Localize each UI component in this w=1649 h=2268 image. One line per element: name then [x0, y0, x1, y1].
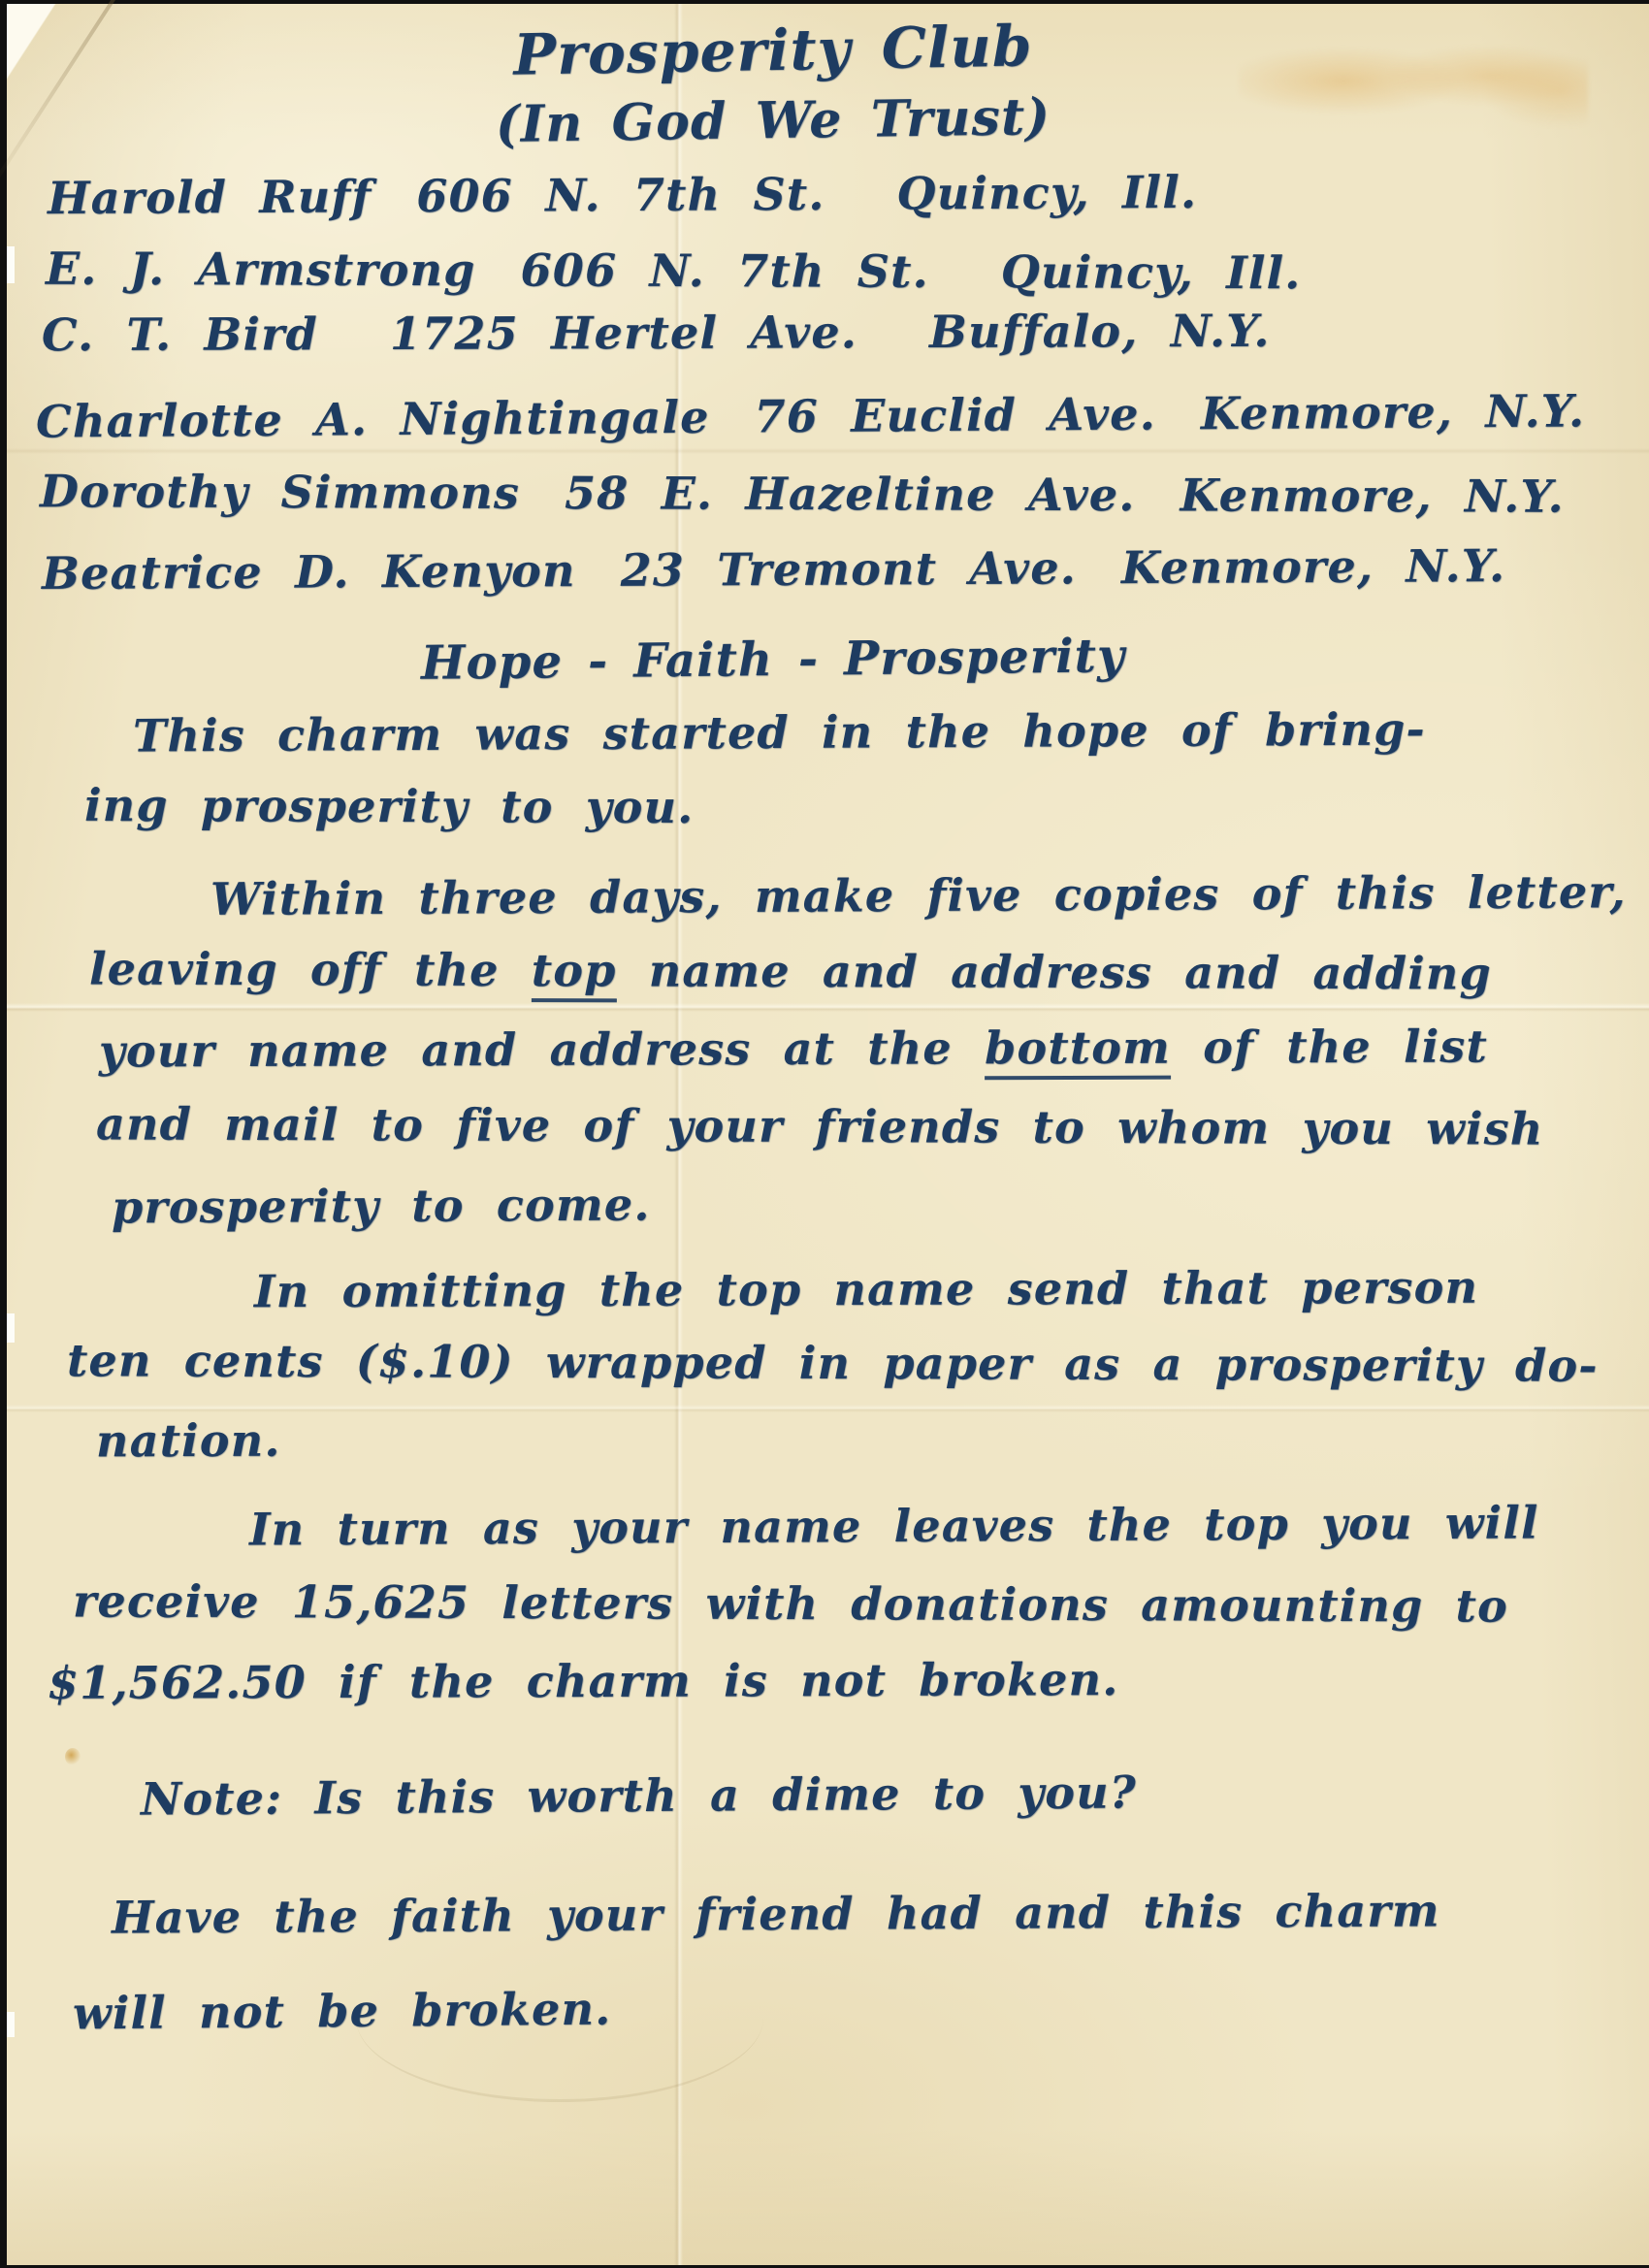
body-line: leaving off the top name and address and… — [89, 942, 1492, 999]
body-text: your name and address at the — [99, 1021, 985, 1077]
member-name: Charlotte A. Nightingale — [36, 391, 710, 448]
member-name: Dorothy Simmons — [40, 465, 520, 519]
member-city: Kenmore, N.Y. — [1180, 469, 1564, 522]
member-city: Kenmore, N.Y. — [1121, 539, 1505, 594]
body-text: of the list — [1171, 1021, 1488, 1074]
member-city: Kenmore, N.Y. — [1201, 384, 1586, 439]
member-name: E. J. Armstrong — [46, 243, 476, 297]
body-line: $1,562.50 if the charm is not broken. — [48, 1653, 1119, 1709]
member-row: C. T. Bird1725 Hertel Ave.Buffalo, N.Y. — [42, 305, 1271, 361]
body-line: and mail to five of your friends to whom… — [96, 1097, 1544, 1154]
stain-dot — [65, 1748, 81, 1766]
body-line: ten cents ($.10) wrapped in paper as a p… — [67, 1334, 1599, 1392]
closing-line: will not be broken. — [73, 1983, 612, 2040]
member-address: 76 Euclid Ave. — [754, 388, 1156, 443]
closing-line: Have the faith your friend had and this … — [112, 1884, 1440, 1943]
member-city: Buffalo, N.Y. — [929, 305, 1271, 358]
member-city: Quincy, Ill. — [896, 166, 1197, 220]
body-line: nation. — [96, 1414, 281, 1468]
body-line: prosperity to come. — [112, 1179, 651, 1234]
note-line: Note: Is this worth a dime to you? — [141, 1766, 1137, 1825]
body-line: In turn as your name leaves the top you … — [249, 1497, 1539, 1556]
member-name: Harold Ruff — [48, 170, 372, 224]
member-row: Beatrice D. Kenyon23 Tremont Ave.Kenmore… — [42, 539, 1505, 599]
scan-edge-nick — [7, 246, 15, 283]
body-line: ing prosperity to you. — [84, 779, 695, 833]
member-address: 606 N. 7th St. — [521, 243, 929, 297]
scanned-letter: Prosperity Club (In God We Trust) Harold… — [0, 0, 1649, 2268]
body-line: receive 15,625 letters with donations am… — [73, 1574, 1508, 1632]
member-address: 58 E. Hazeltine Ave. — [565, 467, 1136, 521]
member-address: 23 Tremont Ave. — [620, 541, 1077, 596]
letter-paper: Prosperity Club (In God We Trust) Harold… — [7, 4, 1649, 2265]
body-line: Within three days, make five copies of t… — [210, 865, 1627, 925]
underlined-word-bottom: bottom — [985, 1021, 1171, 1081]
letter-motto: Hope - Faith - Prosperity — [7, 625, 1539, 696]
member-row: Dorothy Simmons58 E. Hazeltine Ave.Kenmo… — [40, 465, 1565, 522]
member-row: Charlotte A. Nightingale76 Euclid Ave.Ke… — [36, 384, 1585, 447]
underlined-word-top: top — [532, 944, 617, 1002]
member-row: Harold Ruff606 N. 7th St.Quincy, Ill. — [48, 166, 1197, 224]
body-line: In omitting the top name send that perso… — [254, 1261, 1478, 1317]
member-row: E. J. Armstrong606 N. 7th St.Quincy, Ill… — [46, 243, 1302, 300]
body-text: name and address and adding — [616, 944, 1492, 999]
scan-edge-nick — [7, 1313, 15, 1343]
member-address: 606 N. 7th St. — [416, 168, 824, 222]
member-name: Beatrice D. Kenyon — [42, 544, 576, 599]
member-city: Quincy, Ill. — [1001, 245, 1302, 299]
member-address: 1725 Hertel Ave. — [390, 306, 857, 360]
member-name: C. T. Bird — [42, 308, 318, 361]
fold-crease-horizontal-3 — [7, 448, 1649, 454]
body-line: your name and address at the bottom of t… — [99, 1021, 1488, 1078]
body-text: leaving off the — [89, 942, 532, 996]
body-line: This charm was started in the hope of br… — [133, 703, 1426, 762]
fold-crease-horizontal-2 — [7, 1405, 1649, 1412]
scan-edge-nick — [7, 2012, 15, 2037]
fold-crease-horizontal-1 — [7, 1003, 1649, 1012]
